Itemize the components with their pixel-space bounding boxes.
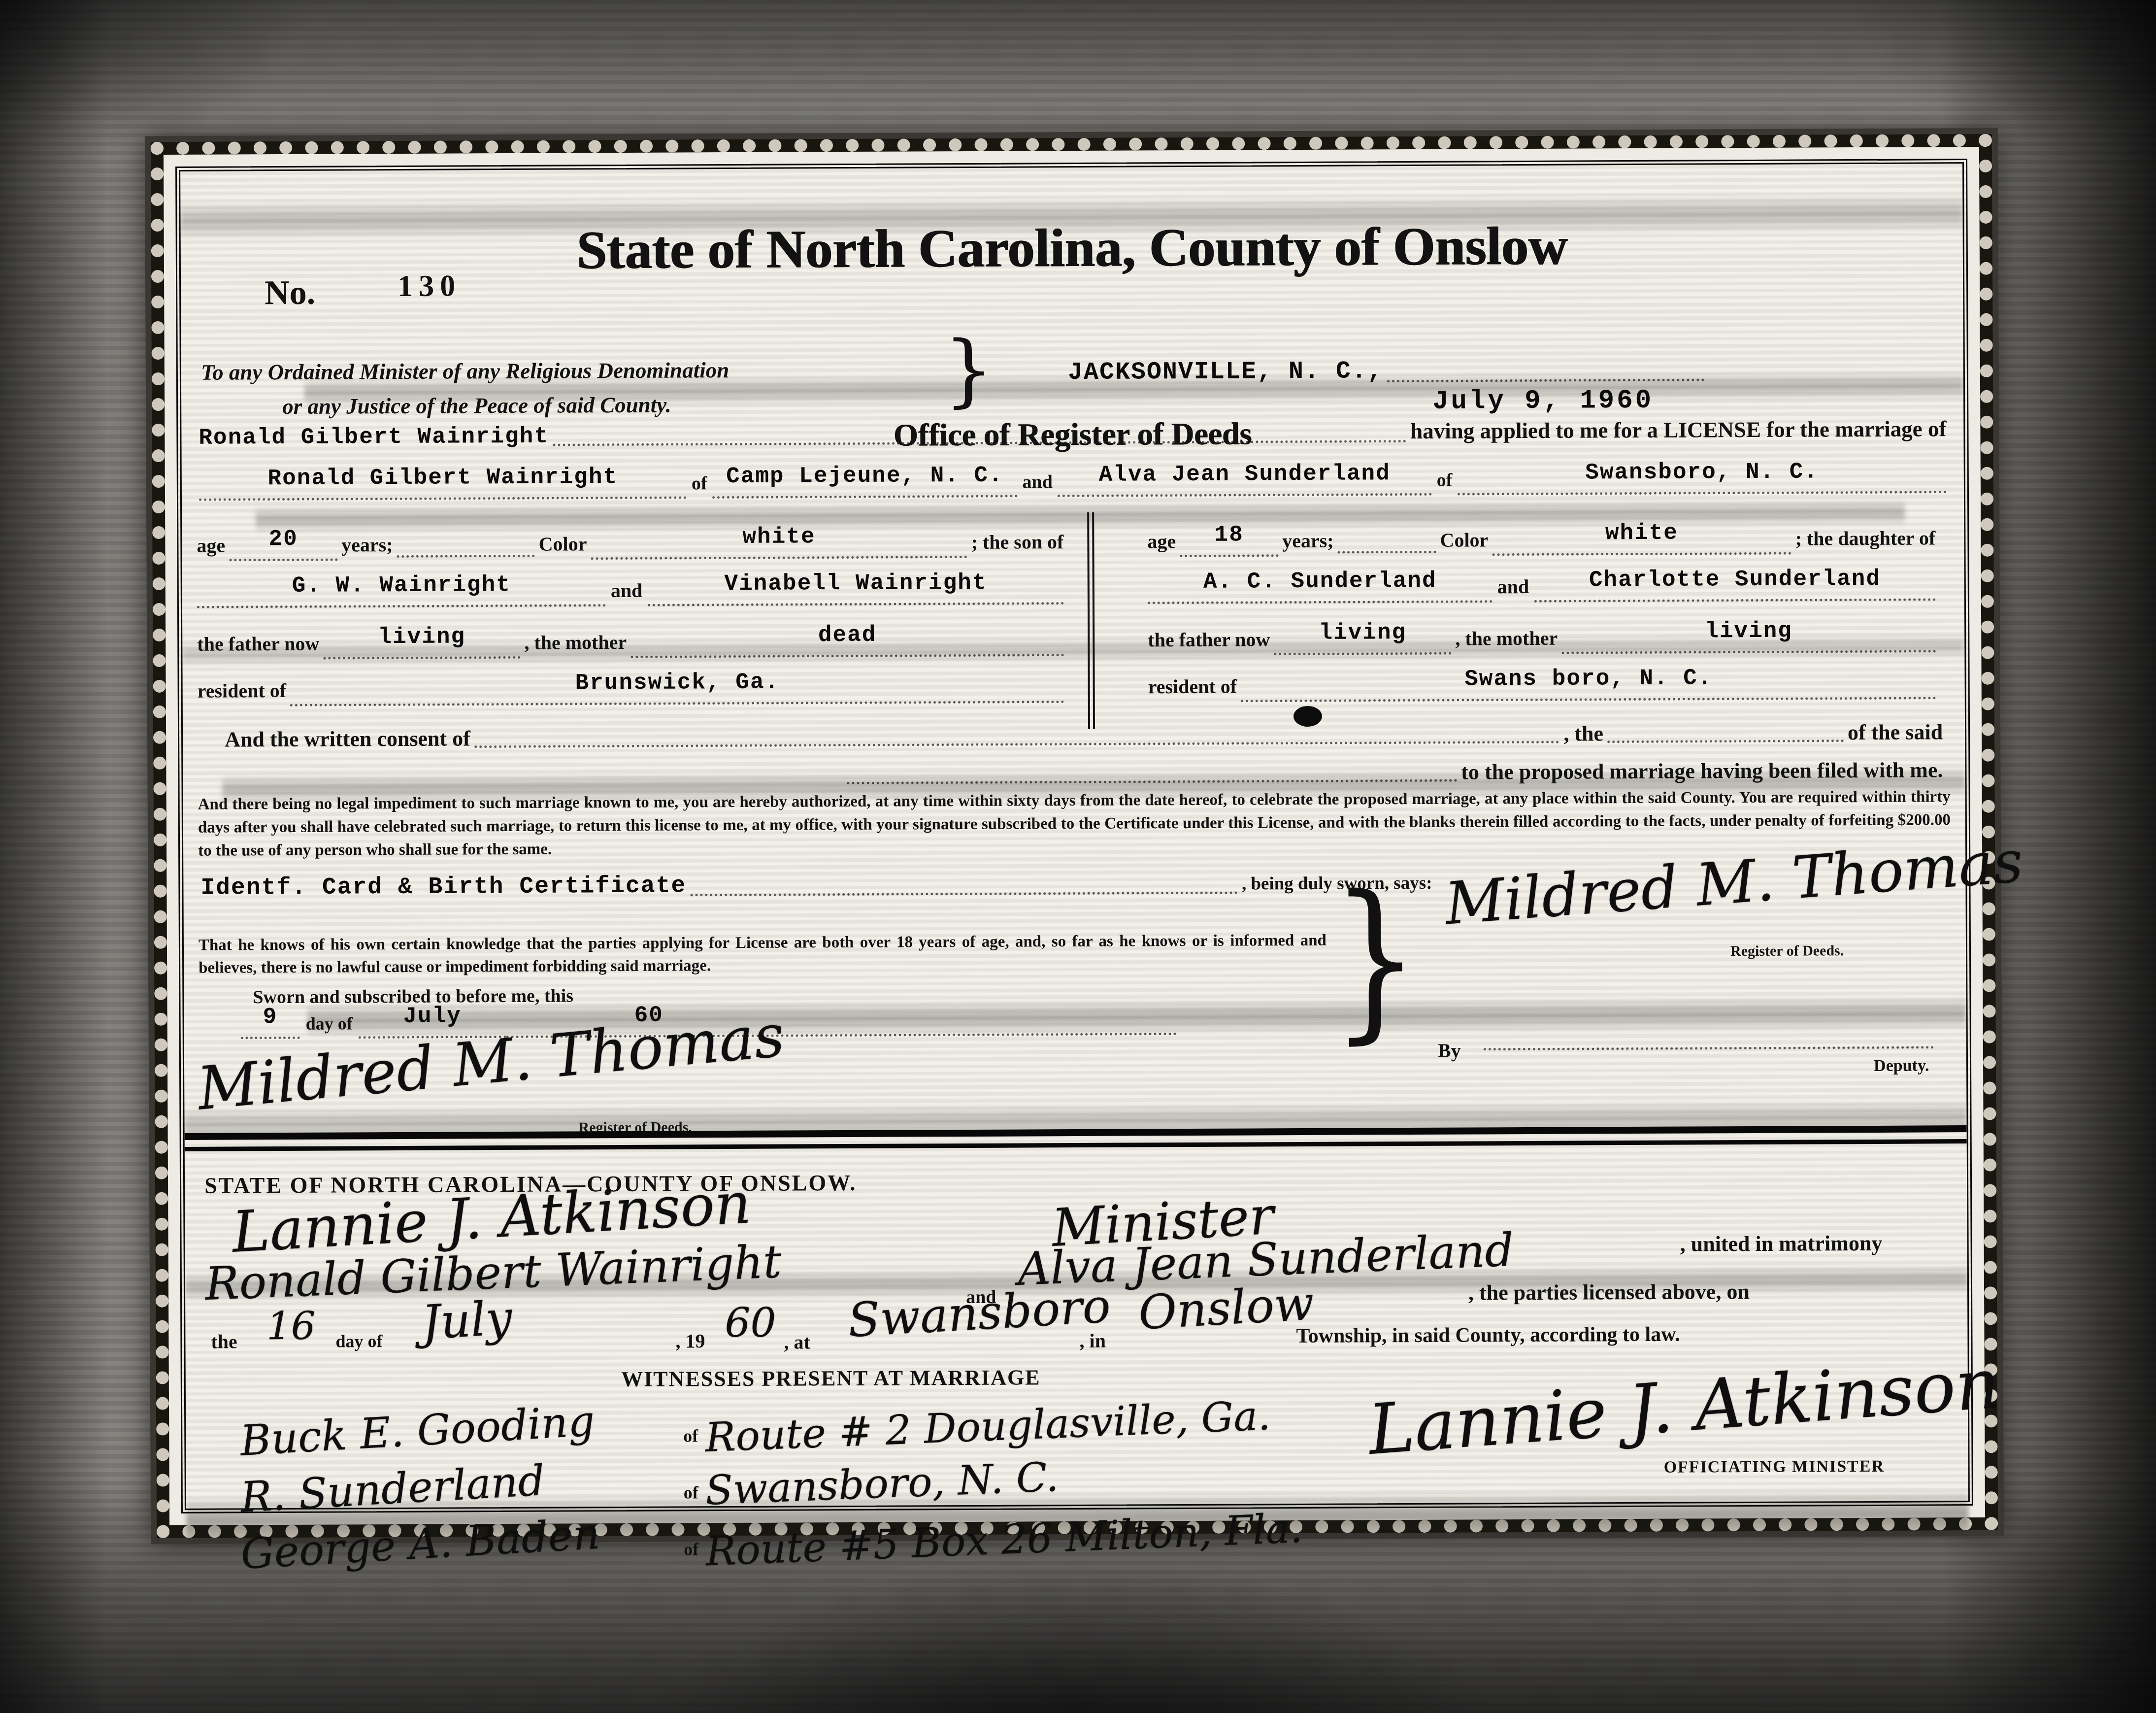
groom-name: Ronald Gilbert Wainright [267, 464, 618, 491]
groom-father-blank: G. W. Wainright [197, 578, 606, 608]
the-mother-label: , the mother [524, 631, 627, 654]
years-label: years; [341, 533, 393, 556]
day-of-label: day of [306, 1013, 353, 1034]
the-label: the [211, 1330, 237, 1353]
dotted-leader [474, 740, 1560, 748]
bride-father-blank: A. C. Sunderland [1148, 574, 1493, 604]
resident-of-label: resident of [1148, 675, 1237, 699]
witness-address: Route #5 Box 26 Milton, Fla. [705, 1505, 1303, 1576]
bride-residence-blank: Swansboro, N. C. [1457, 465, 1947, 495]
bride-name: Alva Jean Sunderland [1099, 461, 1391, 488]
groom-mother-status: dead [818, 622, 877, 648]
groom-name-blank: Ronald Gilbert Wainright [199, 470, 687, 501]
groom-father-status-blank: living [323, 631, 520, 660]
township-text: Township, in said County, according to l… [1296, 1323, 1680, 1348]
dotted-leader [553, 439, 1406, 446]
the-mother-label: , the mother [1455, 627, 1558, 650]
affidavit-body: That he knows of his own certain knowled… [199, 929, 1327, 979]
and-label: and [1497, 575, 1529, 598]
place-handwritten: Swansboro [847, 1279, 1112, 1348]
frame-inner-rule: No. 130 State of North Carolina, County … [175, 159, 1973, 1513]
month-handwritten: July [420, 1291, 513, 1350]
daughter-of-label: ; the daughter of [1795, 526, 1935, 550]
applicant-name: Ronald Gilbert Wainright [199, 424, 549, 451]
day-handwritten: 16 [266, 1304, 316, 1348]
groom-father: G. W. Wainright [292, 572, 511, 599]
sworn-day: 9 [263, 1004, 278, 1030]
of-label: of [684, 1482, 698, 1503]
groom-mother-blank: Vinabell Wainright [647, 576, 1064, 606]
register-of-deeds-label-top: Register of Deeds. [1730, 942, 1844, 960]
consent-mid: , the [1563, 721, 1603, 746]
bride-father-status-blank: living [1274, 627, 1451, 656]
issue-place-row: JACKSONVILLE, N. C., [1068, 356, 1708, 387]
certificate-title: State of North Carolina, County of Onslo… [181, 213, 1963, 283]
consent-prefix: And the written consent of [225, 726, 470, 752]
groom-father-status: living [378, 624, 465, 650]
groom-residence: Camp Lejeune, N. C. [726, 463, 1003, 489]
of-label: of [683, 1425, 698, 1446]
dotted-leader [1387, 378, 1704, 382]
groom-mother: Vinabell Wainright [724, 570, 987, 597]
witness-address: Swansboro, N. C. [704, 1454, 1059, 1514]
color-label: Color [1440, 528, 1488, 551]
dotted-leader [690, 891, 1238, 897]
by-label: By [1438, 1039, 1461, 1062]
bride-color: white [1605, 520, 1678, 546]
bride-age: 18 [1214, 522, 1243, 547]
groom-age-row: age 20 years; Color white ; the son of [197, 530, 1063, 562]
sworn-day-blank: 9 [241, 1011, 300, 1040]
addressee-line1: To any Ordained Minister of any Religiou… [201, 357, 729, 385]
dotted-leader [397, 554, 535, 558]
certificate-frame: No. 130 State of North Carolina, County … [145, 128, 2004, 1544]
of-label: of [692, 472, 707, 494]
officiating-signature: Lannie J. Atkinson [1366, 1344, 2003, 1471]
dotted-leader [847, 779, 1458, 784]
groom-age: 20 [268, 526, 298, 552]
bride-parents-residence-blank: Swans boro, N. C. [1241, 671, 1936, 702]
consent-filed-text: to the proposed marriage having been fil… [1461, 757, 1943, 784]
color-label: Color [538, 532, 587, 555]
applied-text: having applied to me for a LICENSE for t… [1410, 416, 1947, 444]
consent-suffix: of the said [1848, 719, 1943, 745]
at-label: , at [784, 1330, 810, 1353]
bride-mother-status-blank: living [1561, 624, 1936, 654]
bride-status-row: the father now living , the mother livin… [1148, 624, 1936, 656]
issue-date: July 9, 1960 [1432, 386, 1654, 417]
bride-father-status: living [1319, 620, 1406, 646]
son-of-label: ; the son of [971, 530, 1064, 554]
bride-mother-blank: Charlotte Sunderland [1534, 572, 1936, 603]
witness-row: Buck E. Gooding of Route # 2 Douglasvill… [240, 1400, 1530, 1454]
affidavit-brace: } [1331, 873, 1420, 1046]
years-label: years; [1282, 529, 1334, 552]
groom-residence-blank: Camp Lejeune, N. C. [712, 469, 1017, 499]
dotted-leader [1607, 739, 1844, 743]
witness-row: R. Sunderland of Swansboro, N. C. [240, 1456, 1531, 1511]
groom-color: white [742, 524, 815, 550]
groom-parents-row: G. W. Wainright and Vinabell Wainright [197, 576, 1064, 608]
year-handwritten: 60 [725, 1300, 776, 1346]
consent-filed-row: to the proposed marriage having been fil… [843, 757, 1943, 787]
age-label: age [1147, 530, 1176, 553]
frame-bead-border: No. 130 State of North Carolina, County … [151, 134, 1998, 1538]
groom-parents-residence: Brunswick, Ga. [575, 670, 779, 696]
bride-residence: Swansboro, N. C. [1585, 459, 1819, 485]
in-label: , in [1079, 1329, 1106, 1352]
id-note-row: Identf. Card & Birth Certificate , being… [200, 870, 1432, 902]
day-of-label-return: day of [335, 1331, 382, 1351]
groom-mother-status-blank: dead [630, 628, 1064, 658]
witness-address: Route # 2 Douglasville, Ga. [704, 1392, 1271, 1461]
certificate-content: No. 130 State of North Carolina, County … [180, 164, 1968, 1509]
bride-mother-status: living [1705, 618, 1792, 644]
bride-name-blank: Alva Jean Sunderland [1058, 468, 1432, 497]
bride-parents-residence: Swans boro, N. C. [1464, 665, 1713, 692]
father-now-label: the father now [197, 632, 319, 656]
dotted-leader [1338, 550, 1436, 554]
of-label: of [1437, 470, 1453, 491]
bride-mother: Charlotte Sunderland [1589, 566, 1881, 593]
parties-row: Ronald Gilbert Wainright of Camp Lejeune… [199, 465, 1947, 501]
witnesses-heading: WITNESSES PRESENT AT MARRIAGE [535, 1365, 1127, 1392]
consent-row: And the written consent of , the of the … [225, 719, 1943, 752]
deputy-label: Deputy. [1874, 1056, 1929, 1075]
ink-blot [1294, 706, 1322, 727]
age-label: age [197, 534, 225, 557]
father-now-label: the father now [1148, 628, 1270, 651]
of-label: of [684, 1539, 698, 1559]
groom-color-blank: white [591, 530, 967, 560]
groom-parents-residence-blank: Brunswick, Ga. [290, 675, 1064, 706]
by-line [1480, 1045, 1938, 1053]
resident-of-label: resident of [198, 679, 287, 703]
scanned-photo: No. 130 State of North Carolina, County … [0, 0, 2156, 1713]
groom-age-blank: 20 [229, 533, 337, 562]
parties-text: , the parties licensed above, on [1468, 1279, 1750, 1305]
year-prefix: , 19 [675, 1329, 705, 1352]
groom-status-row: the father now living , the mother dead [197, 628, 1064, 660]
bride-age-blank: 18 [1180, 529, 1278, 557]
bride-color-blank: white [1492, 527, 1791, 556]
bride-residence-row: resident of Swans boro, N. C. [1148, 671, 1936, 703]
bride-age-row: age 18 years; Color white ; the daughter… [1147, 526, 1935, 557]
id-note: Identf. Card & Birth Certificate [200, 873, 686, 901]
groom-residence-row: resident of Brunswick, Ga. [198, 675, 1064, 707]
authorization-text: And there being no legal impediment to s… [198, 785, 1951, 863]
witness-row: George A. Baden of Route #5 Box 26 Milto… [240, 1513, 1531, 1567]
issue-place: JACKSONVILLE, N. C., [1068, 357, 1383, 387]
addressee-line2: or any Justice of the Peace of said Coun… [282, 392, 671, 419]
sworn-month: July [403, 1003, 462, 1029]
section-separator [185, 1125, 1967, 1151]
addressee-brace: } [944, 331, 994, 409]
column-divider [1087, 512, 1095, 729]
frame-gap: No. 130 State of North Carolina, County … [164, 147, 1985, 1525]
and-label: and [611, 579, 643, 602]
united-text: , united in matrimony [1680, 1231, 1883, 1257]
dotted-leader [1484, 1045, 1934, 1050]
officiating-minister-label: OFFICIATING MINISTER [1664, 1457, 1885, 1477]
and-label: and [1022, 471, 1052, 493]
township-handwritten: Onslow [1137, 1276, 1315, 1341]
bride-parents-row: A. C. Sunderland and Charlotte Sunderlan… [1148, 572, 1936, 604]
bride-father: A. C. Sunderland [1203, 568, 1437, 595]
